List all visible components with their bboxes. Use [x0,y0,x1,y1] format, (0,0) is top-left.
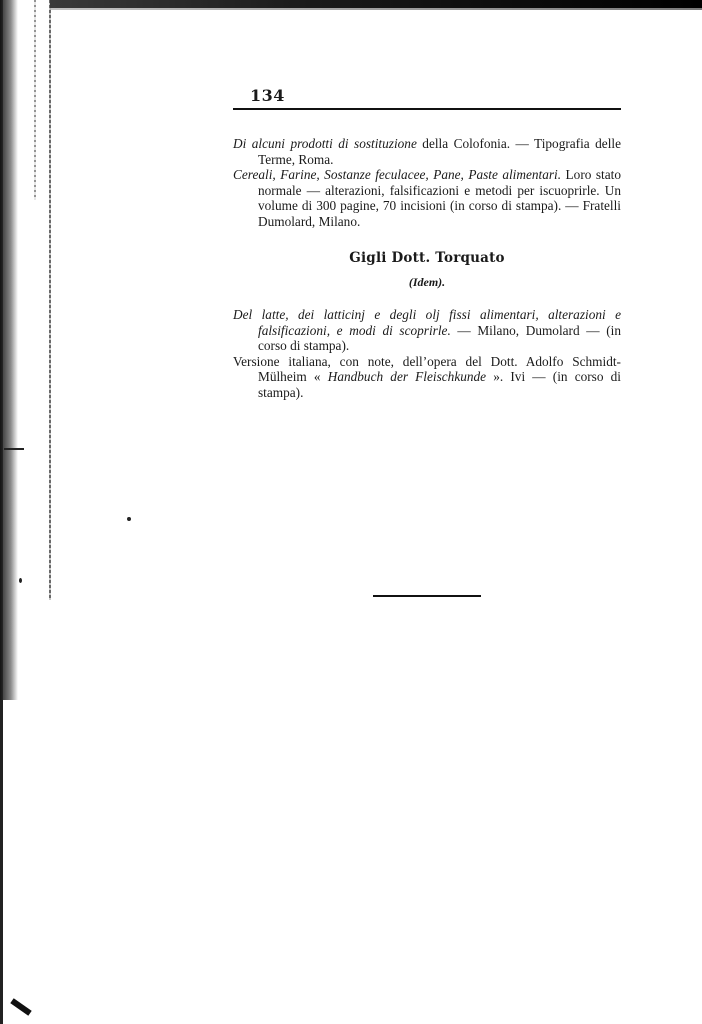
scan-speck [127,517,131,521]
author-role: (Idem). [233,275,621,290]
scan-top-edge [50,0,702,8]
bibliography-entry: Cereali, Farine, Sostanze feculacee, Pan… [233,167,621,229]
entry-title: Handbuch der Fleischkunde [328,369,486,384]
scan-speck [19,578,22,583]
bibliography-entry: Di alcuni prodotti di sostituzione della… [233,136,621,167]
bibliography-entry: Del latte, dei latticinj e degli olj fis… [233,307,621,354]
page-number: 134 [250,86,285,105]
scan-binding-line [34,0,36,200]
author-heading: Gigli Dott. Torquato [233,250,621,266]
scan-corner-mark [10,998,31,1016]
entry-title: Di alcuni prodotti di sostituzione [233,136,417,151]
end-rule [373,595,481,597]
header-rule [233,108,621,110]
bibliography-section-2: Del latte, dei latticinj e degli olj fis… [233,307,621,400]
scan-top-edge-shadow [50,8,702,10]
entry-title: Cereali, Farine, Sostanze feculacee, Pan… [233,167,561,182]
scan-speck [4,448,24,450]
bibliography-section-1: Di alcuni prodotti di sostituzione della… [233,136,621,229]
bibliography-entry: Versione italiana, con note, dell’opera … [233,354,621,401]
scan-spine-shadow [0,0,18,700]
scan-binding-line [49,0,51,600]
